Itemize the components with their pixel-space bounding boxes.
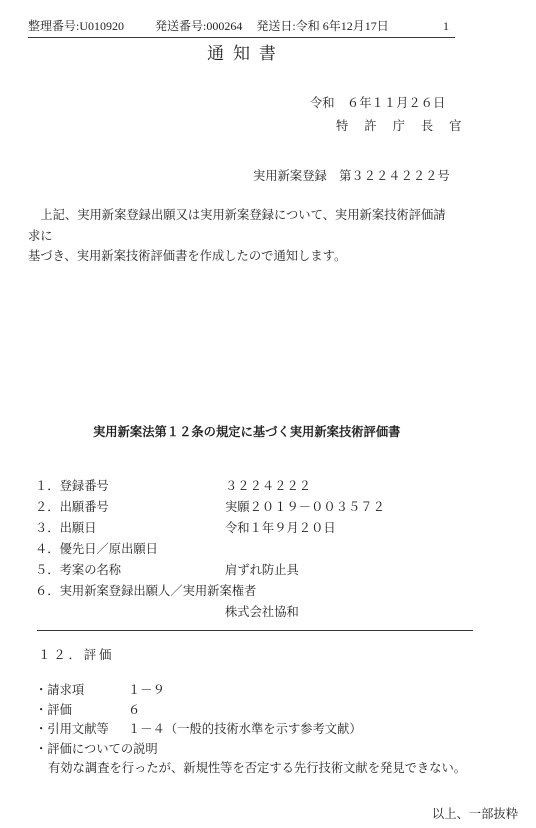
document-title: 通知書 [28, 39, 455, 64]
eval-value: ６ [128, 701, 505, 721]
field-label: ３．出願日 [35, 518, 225, 539]
field-label: １．登録番号 [35, 476, 225, 497]
page-number: 1 [443, 19, 455, 34]
document-page: 整理番号:U010920 発送番号:000264 発送日:令和 6年12月17日… [0, 0, 536, 828]
field-row-registration-number: １．登録番号 ３２２４２２２ [35, 476, 475, 497]
eval-value [158, 740, 505, 760]
section-divider [37, 630, 473, 631]
dispatch-number: 発送番号:000264 [155, 17, 242, 34]
evaluation-explanation: 有効な調査を行ったが、新規性等を否定する先行技術文献を発見できない。 [35, 759, 505, 779]
notice-body-line: 上記、実用新案登録出願又は実用新案登録について、実用新案技術評価請求に [28, 205, 450, 246]
eval-value: １－４（一般的技術水準を示す参考文献） [128, 720, 505, 740]
field-value: 実願２０１９－００３５７２ [225, 497, 475, 518]
footer-excerpt-note: 以上、一部抜粋 [432, 804, 518, 822]
field-value: 令和１年９月２０日 [225, 518, 475, 539]
eval-row-explanation-title: ・評価についての説明 [35, 740, 505, 760]
eval-value: １－９ [128, 681, 505, 701]
evaluation-heading: １２．評価 [38, 645, 114, 663]
field-value [225, 539, 475, 560]
eval-row-rating: ・評価 ６ [35, 701, 505, 721]
registration-number-line: 実用新案登録 第３２２４２２２号 [253, 166, 450, 184]
issuer-commissioner: 特許庁長官 [336, 116, 477, 134]
eval-label: ・請求項 [35, 681, 128, 701]
field-label: ４．優先日／原出願日 [35, 539, 225, 560]
report-fields: １．登録番号 ３２２４２２２ ２．出願番号 実願２０１９－００３５７２ ３．出願… [35, 476, 475, 623]
eval-label: ・評価 [35, 701, 128, 721]
evaluation-list: ・請求項 １－９ ・評価 ６ ・引用文献等 １－４（一般的技術水準を示す参考文献… [35, 681, 505, 779]
field-row-device-title: ５．考案の名称 肩ずれ防止具 [35, 560, 475, 581]
field-value [225, 581, 475, 602]
dispatch-date: 発送日:令和 6年12月17日 [256, 17, 388, 34]
field-row-applicant-holder: ６．実用新案登録出願人／実用新案権者 [35, 581, 475, 602]
report-title: 実用新案法第１２条の規定に基づく実用新案技術評価書 [93, 422, 400, 440]
notice-body: 上記、実用新案登録出願又は実用新案登録について、実用新案技術評価請求に 基づき、… [28, 205, 450, 267]
document-header: 整理番号:U010920 発送番号:000264 発送日:令和 6年12月17日… [28, 17, 455, 38]
field-value: 肩ずれ防止具 [225, 560, 475, 581]
eval-label: ・引用文献等 [35, 720, 128, 740]
eval-row-claims: ・請求項 １－９ [35, 681, 505, 701]
eval-row-cited-documents: ・引用文献等 １－４（一般的技術水準を示す参考文献） [35, 720, 505, 740]
applicant-name: 株式会社協和 [35, 602, 475, 623]
notice-body-line: 基づき、実用新案技術評価書を作成したので通知します。 [28, 246, 450, 267]
reference-number: 整理番号:U010920 [28, 17, 124, 34]
field-label: ６．実用新案登録出願人／実用新案権者 [35, 581, 225, 602]
field-row-application-number: ２．出願番号 実願２０１９－００３５７２ [35, 497, 475, 518]
field-row-filing-date: ３．出願日 令和１年９月２０日 [35, 518, 475, 539]
field-label: ５．考案の名称 [35, 560, 225, 581]
eval-label: ・評価についての説明 [35, 740, 158, 760]
field-label: ２．出願番号 [35, 497, 225, 518]
notice-date: 令和 ６年１１月２６日 [310, 93, 445, 111]
field-value: ３２２４２２２ [225, 476, 475, 497]
field-row-priority-date: ４．優先日／原出願日 [35, 539, 475, 560]
